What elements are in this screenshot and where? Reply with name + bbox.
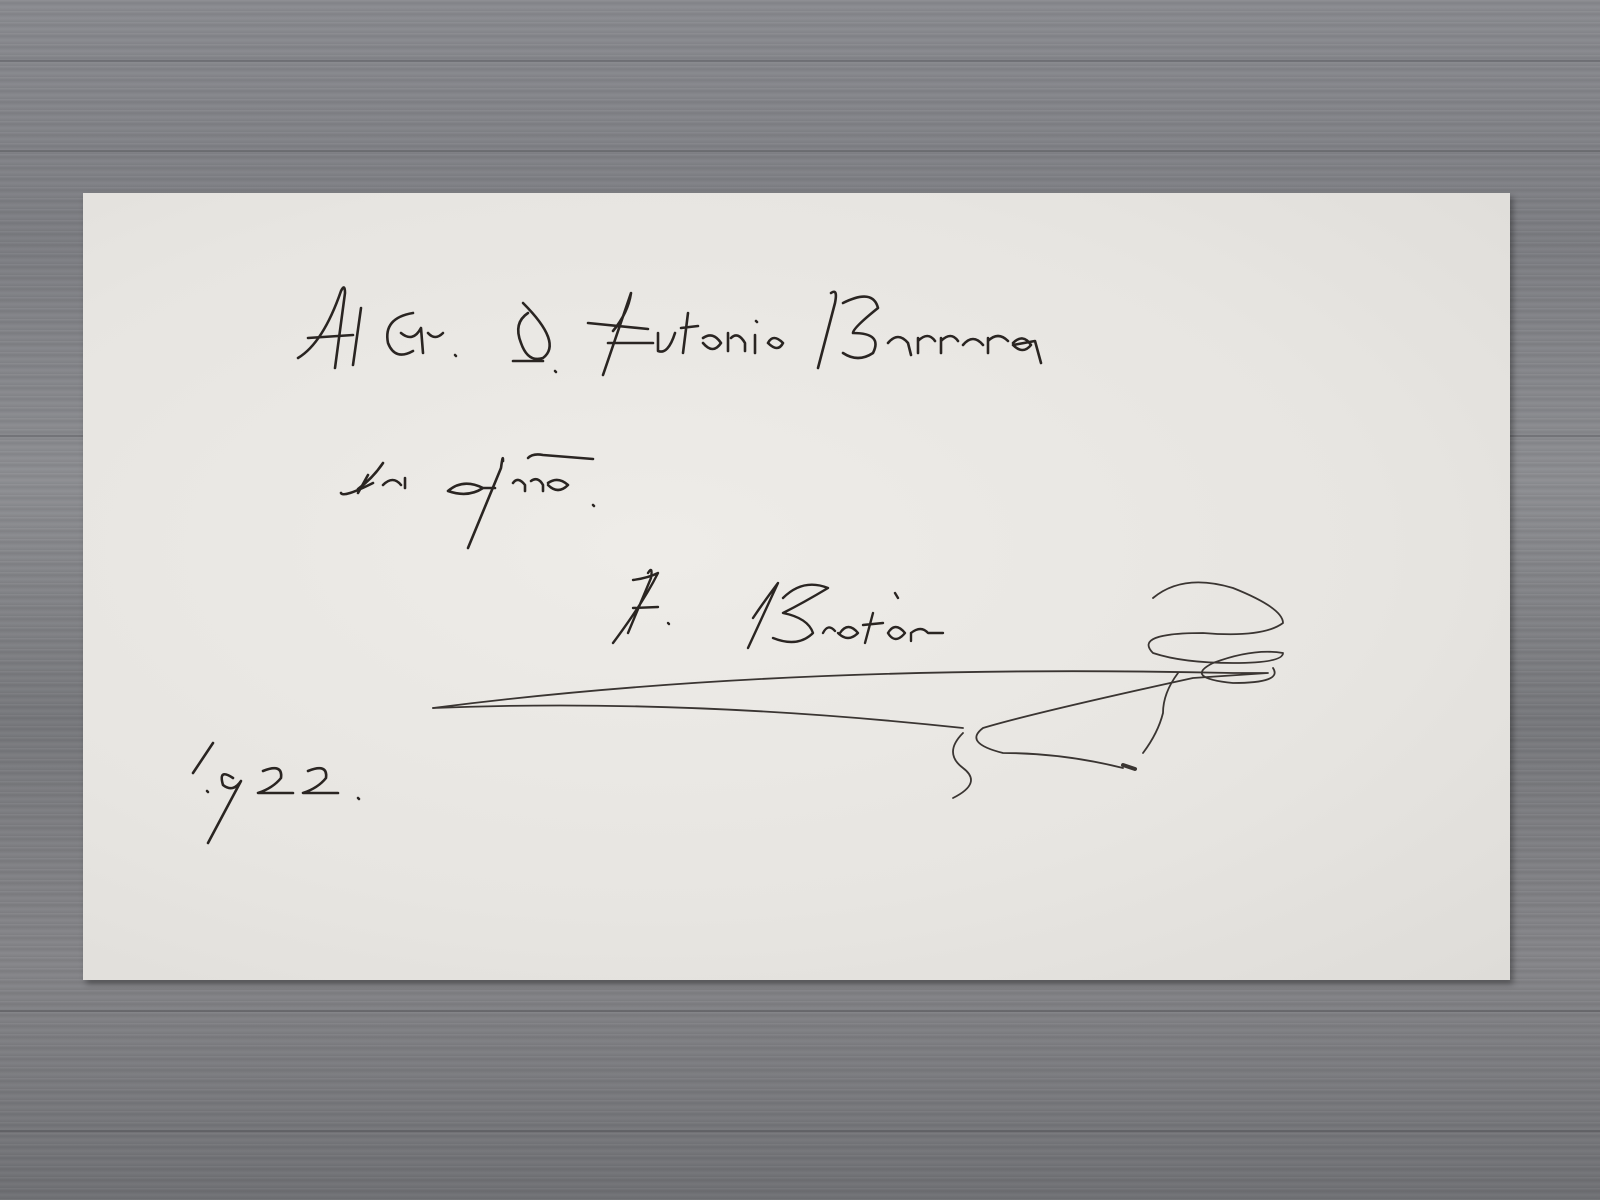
signature-ink: [613, 570, 943, 648]
handwriting-ink: [83, 193, 1510, 980]
flourish-ink: [433, 582, 1283, 798]
dedication-ink: [298, 287, 1041, 375]
date-ink: [193, 743, 359, 843]
closing-ink: [341, 454, 594, 548]
signed-card: Al Sor. D. Antonio Barreras, Su afmo. F.…: [83, 193, 1510, 980]
